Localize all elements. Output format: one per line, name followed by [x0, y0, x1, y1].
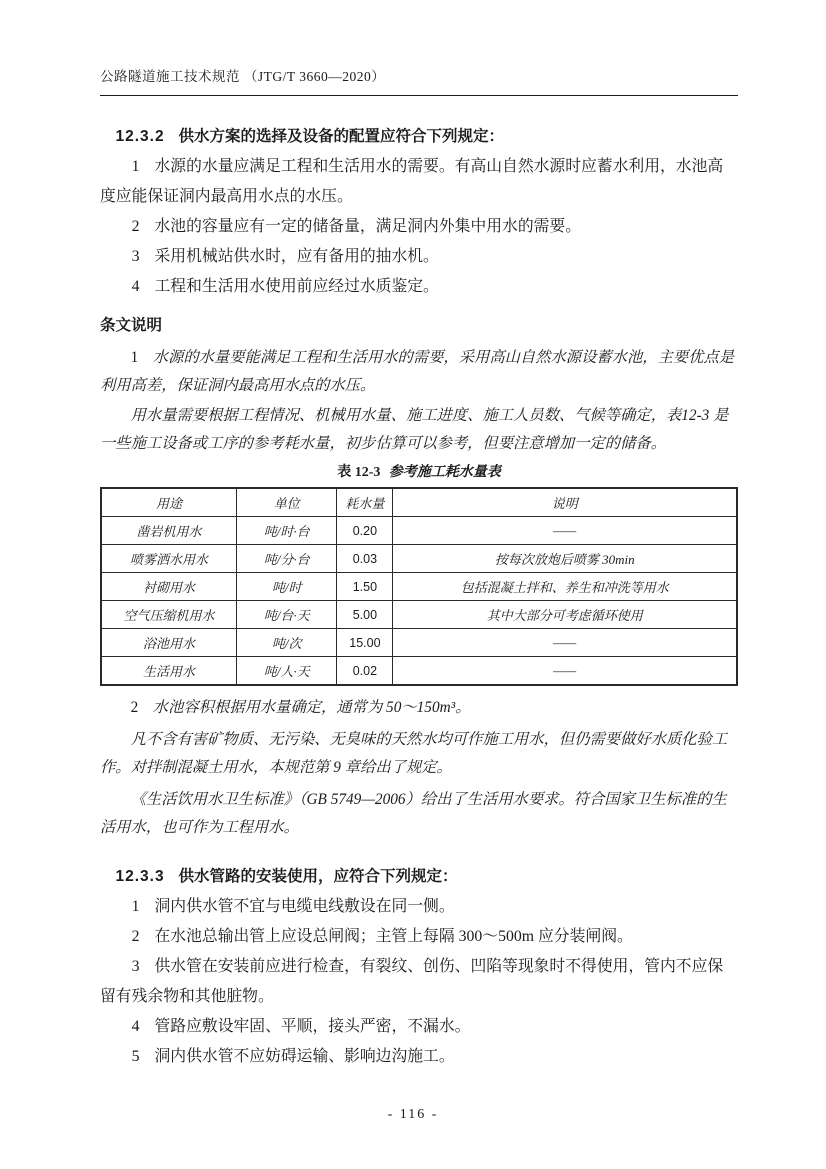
clause-12-3-2-item-4: 4工程和生活用水使用前应经过水质鉴定。 [100, 272, 738, 302]
item-number: 4 [132, 278, 140, 295]
item-number: 5 [132, 1048, 140, 1065]
clause-number: 12.3.2 [116, 128, 165, 145]
item-number: 1 [132, 898, 140, 915]
clause-12-3-3-item-4: 4管路应敷设牢固、平顺，接头严密，不漏水。 [100, 1012, 738, 1042]
commentary-para-3: 2水池容积根据用水量确定，通常为 50～150m³。 [100, 694, 738, 722]
cell-usage: 浴池用水 [101, 629, 236, 657]
cell-usage: 空气压缩机用水 [101, 601, 236, 629]
item-text: 管路应敷设牢固、平顺，接头严密，不漏水。 [155, 1018, 471, 1035]
cell-value: 1.50 [337, 573, 393, 601]
item-text: 采用机械站供水时，应有备用的抽水机。 [155, 248, 439, 265]
col-header-usage: 用途 [101, 488, 236, 517]
clause-12-3-2-item-2: 2水池的容量应有一定的储备量，满足洞内外集中用水的需要。 [100, 212, 738, 242]
cell-note: —— [393, 629, 737, 657]
clause-12-3-3-item-3: 3供水管在安装前应进行检查，有裂纹、创伤、凹陷等现象时不得使用，管内不应保留有残… [100, 952, 738, 1012]
item-text: 水源的水量应满足工程和生活用水的需要。有高山自然水源时应蓄水利用，水池高度应能保… [100, 158, 723, 205]
commentary-para-4: 凡不含有害矿物质、无污染、无臭味的天然水均可作施工用水，但仍需要做好水质化验工作… [100, 726, 738, 782]
item-text: 洞内供水管不应妨碍运输、影响边沟施工。 [155, 1048, 455, 1065]
cell-unit: 吨/时·台 [236, 517, 336, 545]
item-text: 洞内供水管不宜与电缆电线敷设在同一侧。 [155, 898, 455, 915]
clause-12-3-3-item-1: 1洞内供水管不宜与电缆电线敷设在同一侧。 [100, 892, 738, 922]
cell-note: —— [393, 657, 737, 686]
item-number: 4 [132, 1018, 140, 1035]
clause-12-3-2-heading: 12.3.2供水方案的选择及设备的配置应符合下列规定： [100, 122, 738, 152]
cell-unit: 吨/分·台 [236, 545, 336, 573]
clause-title: 供水管路的安装使用，应符合下列规定： [179, 868, 458, 885]
para-number: 1 [131, 349, 139, 366]
cell-value: 0.20 [337, 517, 393, 545]
commentary-para-1: 1水源的水量要能满足工程和生活用水的需要，采用高山自然水源设蓄水池，主要优点是利… [100, 344, 738, 400]
cell-value: 15.00 [337, 629, 393, 657]
cell-unit: 吨/次 [236, 629, 336, 657]
cell-usage: 生活用水 [101, 657, 236, 686]
item-number: 2 [132, 218, 140, 235]
water-consumption-table: 用途 单位 耗水量 说明 凿岩机用水 吨/时·台 0.20 —— 喷雾洒水用水 … [100, 487, 738, 686]
table-row: 空气压缩机用水 吨/台·天 5.00 其中大部分可考虑循环使用 [101, 601, 737, 629]
cell-unit: 吨/台·天 [236, 601, 336, 629]
clause-number: 12.3.3 [116, 868, 165, 885]
clause-12-3-2-item-3: 3采用机械站供水时，应有备用的抽水机。 [100, 242, 738, 272]
col-header-unit: 单位 [236, 488, 336, 517]
clause-12-3-3-item-5: 5洞内供水管不应妨碍运输、影响边沟施工。 [100, 1042, 738, 1072]
table-header-row: 用途 单位 耗水量 说明 [101, 488, 737, 517]
cell-note: 包括混凝土拌和、养生和冲洗等用水 [393, 573, 737, 601]
cell-note: 按每次放炮后喷雾 30min [393, 545, 737, 573]
cell-unit: 吨/人·天 [236, 657, 336, 686]
item-number: 3 [132, 958, 140, 975]
commentary-para-2: 用水量需要根据工程情况、机械用水量、施工进度、施工人员数、气候等确定，表12-3… [100, 402, 738, 458]
table-title: 参考施工耗水量表 [389, 465, 501, 480]
clause-title: 供水方案的选择及设备的配置应符合下列规定： [179, 128, 505, 145]
document-page: 公路隧道施工技术规范 （JTG/T 3660—2020） 12.3.2供水方案的… [0, 0, 826, 1169]
commentary-para-5: 《生活饮用水卫生标准》（GB 5749—2006）给出了生活用水要求。符合国家卫… [100, 786, 738, 842]
table-row: 喷雾洒水用水 吨/分·台 0.03 按每次放炮后喷雾 30min [101, 545, 737, 573]
table-row: 衬砌用水 吨/时 1.50 包括混凝土拌和、养生和冲洗等用水 [101, 573, 737, 601]
col-header-consumption: 耗水量 [337, 488, 393, 517]
para-text: 水池容积根据用水量确定，通常为 50～150m³。 [153, 699, 471, 716]
item-text: 在水池总输出管上应设总闸阀；主管上每隔 300～500m 应分装闸阀。 [155, 928, 633, 945]
page-number: - 116 - [0, 1107, 826, 1123]
cell-usage: 喷雾洒水用水 [101, 545, 236, 573]
cell-usage: 衬砌用水 [101, 573, 236, 601]
table-number: 表 12-3 [337, 465, 380, 480]
para-number: 2 [131, 699, 139, 716]
cell-value: 0.03 [337, 545, 393, 573]
cell-note: 其中大部分可考虑循环使用 [393, 601, 737, 629]
item-text: 水池的容量应有一定的储备量，满足洞内外集中用水的需要。 [155, 218, 582, 235]
item-number: 1 [132, 158, 140, 175]
clause-12-3-3-heading: 12.3.3供水管路的安装使用，应符合下列规定： [100, 862, 738, 892]
col-header-note: 说明 [393, 488, 737, 517]
cell-unit: 吨/时 [236, 573, 336, 601]
table-row: 浴池用水 吨/次 15.00 —— [101, 629, 737, 657]
cell-value: 0.02 [337, 657, 393, 686]
item-number: 3 [132, 248, 140, 265]
table-row: 凿岩机用水 吨/时·台 0.20 —— [101, 517, 737, 545]
clause-12-3-3-item-2: 2在水池总输出管上应设总闸阀；主管上每隔 300～500m 应分装闸阀。 [100, 922, 738, 952]
commentary-heading: 条文说明 [100, 312, 738, 340]
para-text: 水源的水量要能满足工程和生活用水的需要，采用高山自然水源设蓄水池，主要优点是利用… [100, 349, 734, 394]
cell-note: —— [393, 517, 737, 545]
table-caption: 表 12-3参考施工耗水量表 [100, 462, 738, 484]
cell-usage: 凿岩机用水 [101, 517, 236, 545]
item-text: 工程和生活用水使用前应经过水质鉴定。 [155, 278, 439, 295]
item-number: 2 [132, 928, 140, 945]
item-text: 供水管在安装前应进行检查，有裂纹、创伤、凹陷等现象时不得使用，管内不应保留有残余… [100, 958, 723, 1005]
clause-12-3-2-item-1: 1水源的水量应满足工程和生活用水的需要。有高山自然水源时应蓄水利用，水池高度应能… [100, 152, 738, 212]
cell-value: 5.00 [337, 601, 393, 629]
running-header: 公路隧道施工技术规范 （JTG/T 3660—2020） [100, 68, 738, 96]
table-row: 生活用水 吨/人·天 0.02 —— [101, 657, 737, 686]
